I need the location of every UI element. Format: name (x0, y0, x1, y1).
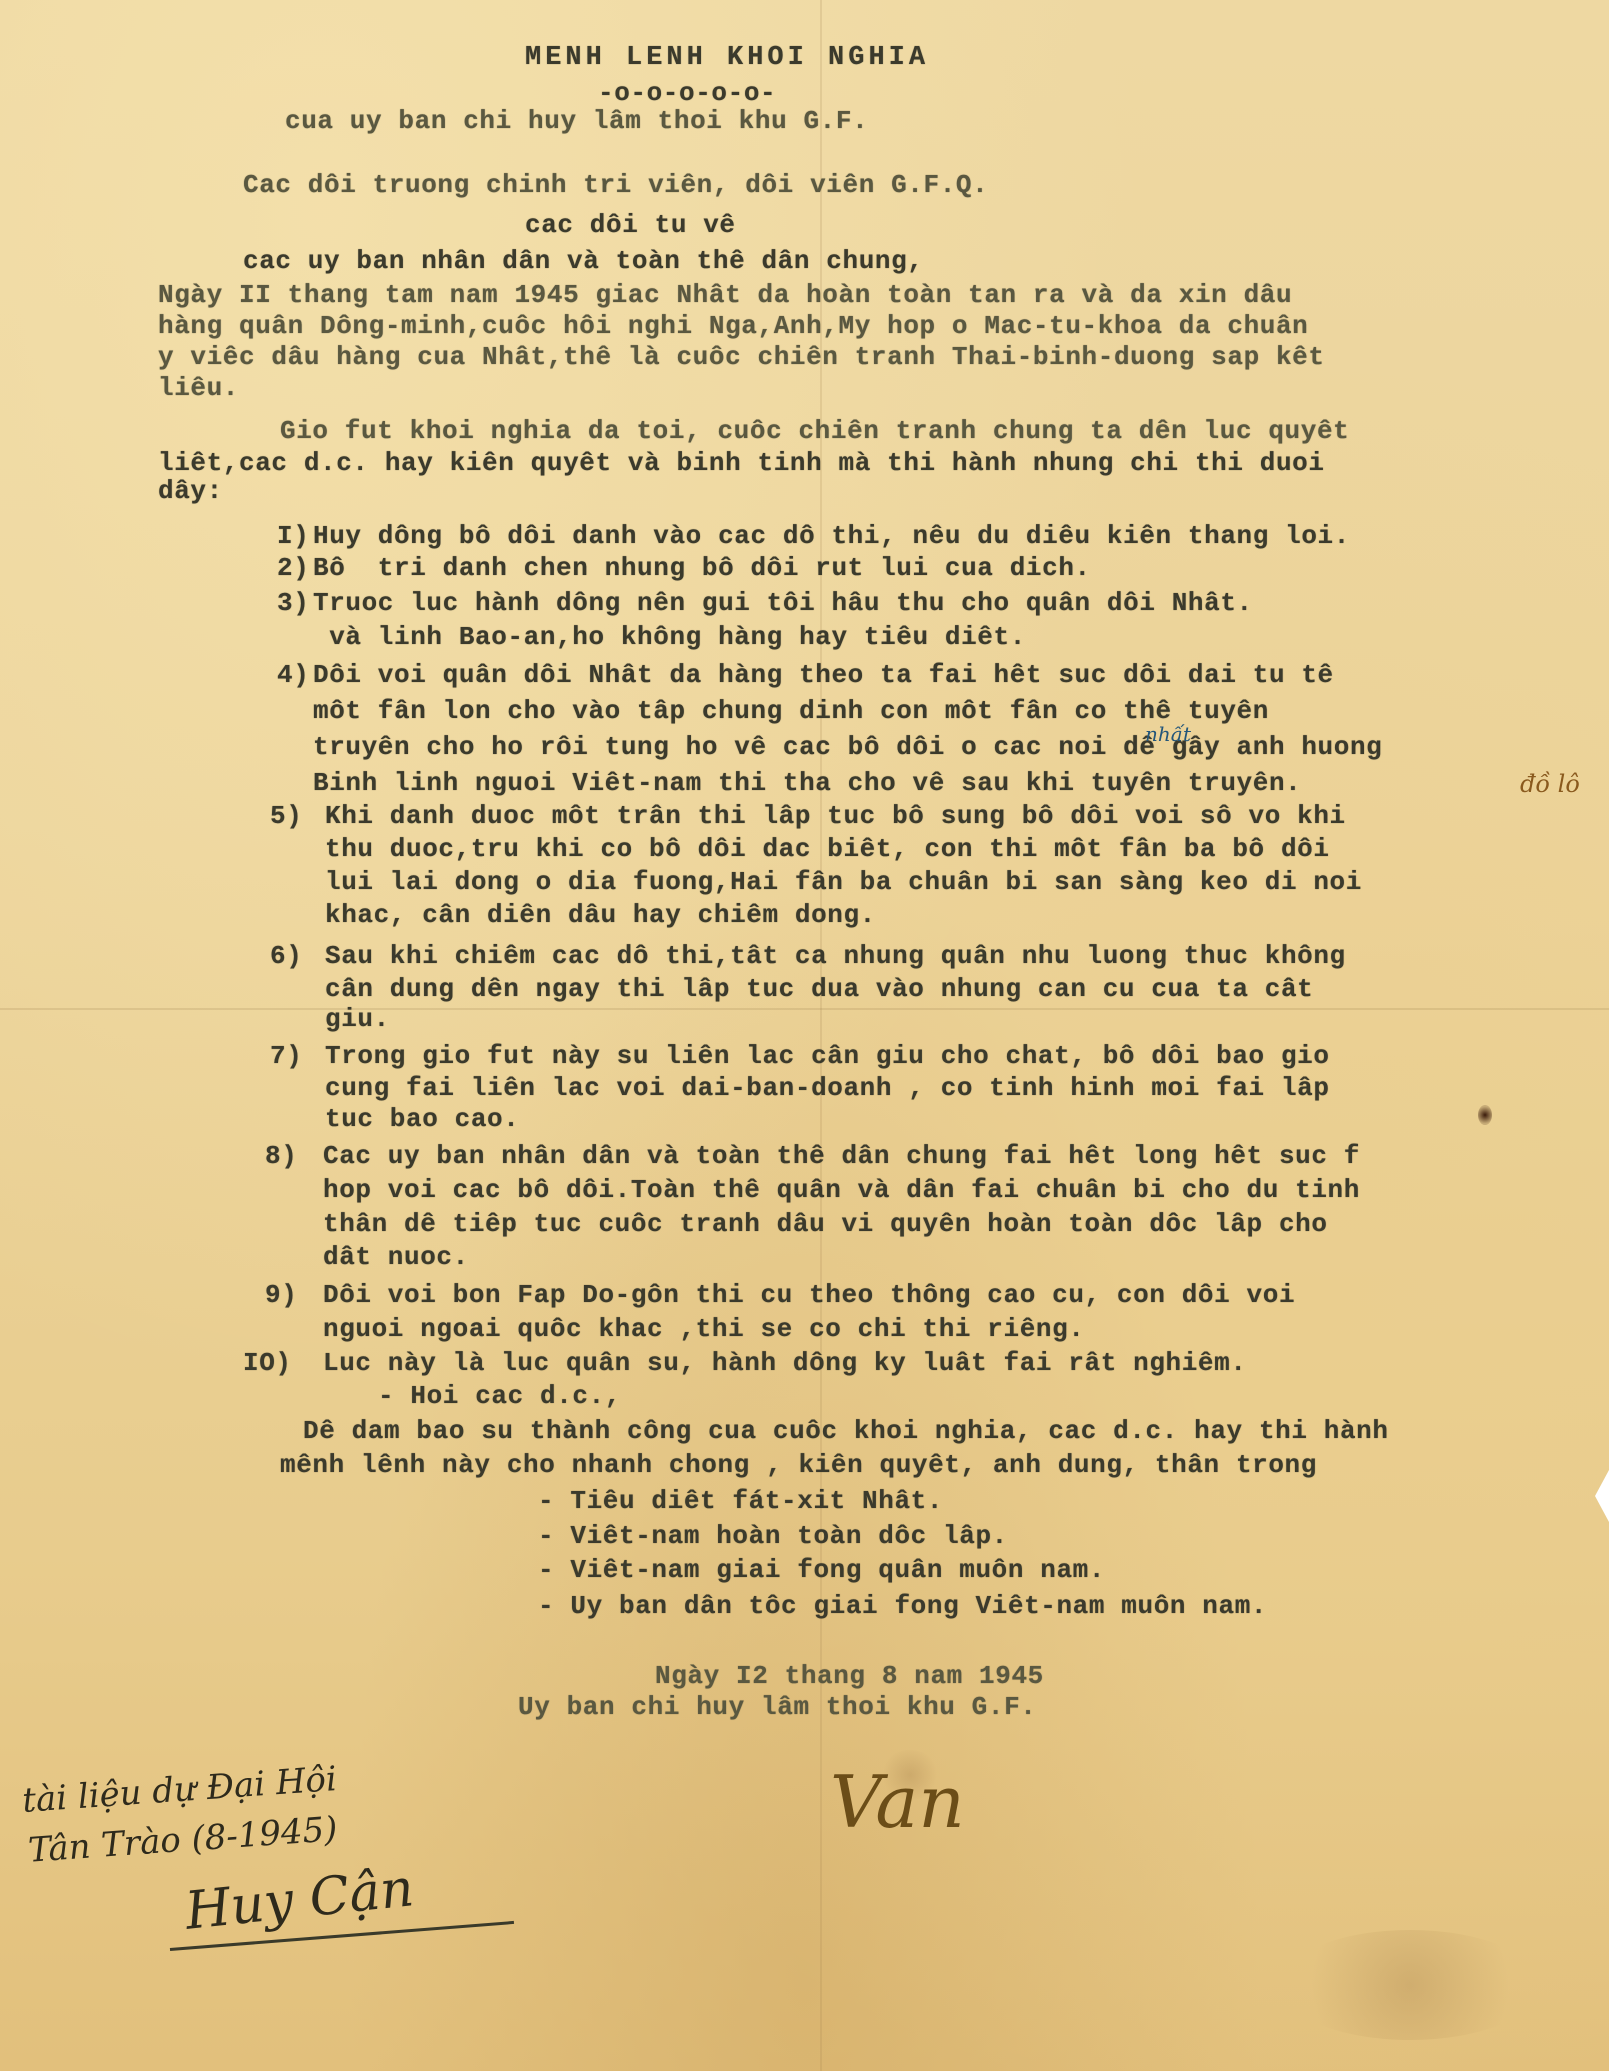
preamble-line: liêu. (158, 375, 239, 401)
slogan-line: - Viêt-nam giai fong quân muôn nam. (538, 1557, 1105, 1583)
order-text: thân dê tiêp tuc cuôc tranh dâu vi quyên… (323, 1211, 1328, 1237)
order-text: cung fai liên lac voi dai-ban-doanh , co… (325, 1075, 1330, 1101)
preamble-line: y viêc dâu hàng cua Nhât,thê là cuôc chi… (158, 344, 1325, 370)
order-number: I) (277, 523, 309, 549)
slogan-line: - Viêt-nam hoàn toàn dôc lâp. (538, 1523, 1008, 1549)
order-text: nguoi ngoai quôc khac ,thi se co chi thi… (323, 1316, 1085, 1342)
order-text: Dôi voi bon Fap Do-gôn thi cu theo thông… (323, 1282, 1295, 1308)
order-number: 5) (270, 803, 302, 829)
preamble-line: hàng quân Dông-minh,cuôc hôi nghi Nga,An… (158, 313, 1308, 339)
order-number: 9) (265, 1282, 297, 1308)
ink-blot (1478, 1105, 1492, 1125)
order-text: dât nuoc. (323, 1244, 469, 1270)
closing-line: mênh lênh này cho nhanh chong , kiên quy… (280, 1452, 1317, 1478)
issuer-line: cua uy ban chi huy lâm thoi khu G.F. (285, 108, 868, 134)
closing-line: Dê dam bao su thành công cua cuôc khoi n… (303, 1418, 1389, 1444)
order-text: môt fân lon cho vào tâp chung dinh con m… (313, 698, 1269, 724)
order-number: 6) (270, 943, 302, 969)
order-number: 7) (270, 1043, 302, 1069)
addressee-line: cac uy ban nhân dân và toàn thê dân chun… (243, 248, 924, 274)
document-page: MENH LENH KHOI NGHIA -o-o-o-o-o- cua uy … (0, 0, 1609, 2071)
order-text: Cac uy ban nhân dân và toàn thê dân chun… (323, 1143, 1360, 1169)
order-text: và linh Bao-an,ho không hàng hay tiêu di… (313, 624, 1026, 650)
order-text: tuc bao cao. (325, 1106, 519, 1132)
handwritten-note-line: Tân Trào (8-1945) (27, 1809, 339, 1871)
title-ornament: -o-o-o-o-o- (598, 80, 776, 106)
slogan-line: - Tiêu diêt fát-xit Nhât. (538, 1488, 943, 1514)
order-number: IO) (243, 1350, 292, 1376)
preamble-line: Ngày II thang tam nam 1945 giac Nhât da … (158, 282, 1292, 308)
order-number: 3) (277, 590, 309, 616)
signature-van: Van (830, 1760, 965, 1844)
salutation: - Hoi cac d.c., (378, 1383, 621, 1409)
horizontal-fold-crease (0, 1008, 1609, 1010)
order-text: Bô tri danh chen nhung bô dôi rut lui cu… (313, 555, 1091, 581)
order-text: Dôi voi quân dôi Nhât da hàng theo ta fa… (313, 662, 1334, 688)
slogan-line: - Uy ban dân tôc giai fong Viêt-nam muôn… (538, 1593, 1267, 1619)
handwritten-signature-huy-can: Huy Cận (182, 1858, 416, 1942)
order-text: khac, cân diên dâu hay chiêm dong. (325, 902, 876, 928)
order-text: thu duoc,tru khi co bô dôi dac biêt, con… (325, 836, 1330, 862)
order-text: hop voi cac bô dôi.Toàn thê quân và dân … (323, 1177, 1360, 1203)
addressee-line: cac dôi tu vê (525, 212, 736, 238)
handwritten-correction-brown: đồ lô (1520, 770, 1580, 798)
order-text: Truoc luc hành dông nên gui tôi hâu thu … (313, 590, 1253, 616)
order-number: 8) (265, 1143, 297, 1169)
torn-edge (1595, 1470, 1609, 1522)
order-text: cân dung dên ngay thi lâp tuc dua vào nh… (325, 976, 1313, 1002)
document-title: MENH LENH KHOI NGHIA (525, 45, 929, 72)
handwritten-correction-blue: nhất (1145, 722, 1191, 746)
order-text: lui lai dong o dia fuong,Hai fân ba chuâ… (325, 869, 1362, 895)
order-number: 4) (277, 662, 309, 688)
signatory-line: Uy ban chi huy lâm thoi khu G.F. (518, 1694, 1036, 1720)
order-text: Sau khi chiêm cac dô thi,tât ca nhung qu… (325, 943, 1346, 969)
order-text: Khi danh duoc môt trân thi lâp tuc bô su… (325, 803, 1346, 829)
call-to-action-line: Gio fut khoi nghia da toi, cuôc chiên tr… (280, 418, 1349, 444)
order-text: Trong gio fut này su liên lac cân giu ch… (325, 1043, 1330, 1069)
date-line: Ngày I2 thang 8 nam 1945 (655, 1663, 1044, 1689)
order-text: Luc này là luc quân su, hành dông ky luâ… (323, 1350, 1247, 1376)
call-to-action-line: dây: (158, 478, 223, 504)
paper-stain (1280, 1930, 1540, 2040)
order-text: Binh linh nguoi Viêt-nam thi tha cho vê … (313, 770, 1301, 796)
order-text: giu. (325, 1006, 390, 1032)
order-text: truyên cho ho rôi tung ho vê cac bô dôi … (313, 734, 1382, 760)
order-text: Huy dông bô dôi danh vào cac dô thi, nêu… (313, 523, 1350, 549)
call-to-action-line: liêt,cac d.c. hay kiên quyêt và binh tin… (158, 450, 1325, 476)
addressee-line: Cac dôi truong chinh tri viên, dôi viên … (243, 172, 988, 198)
order-number: 2) (277, 555, 309, 581)
